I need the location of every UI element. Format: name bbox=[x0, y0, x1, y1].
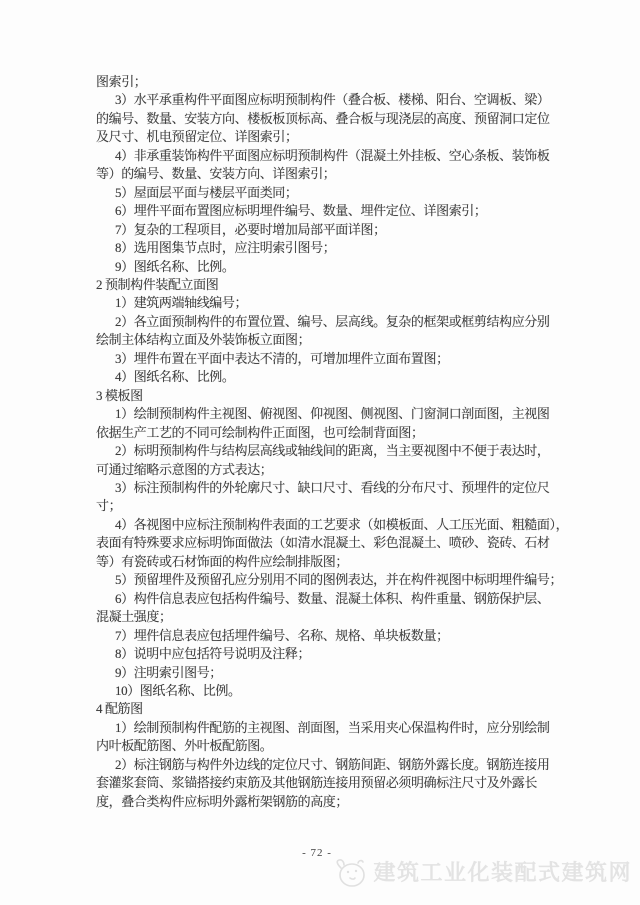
text-line: 2）各立面预制构件的布置位置、编号、层高线。复杂的框架或框剪结构应分别 bbox=[96, 313, 554, 331]
text-line: 4）非承重装饰构件平面图应标明预制构件（混凝土外挂板、空心条板、装饰板 bbox=[96, 147, 554, 165]
text-line: 7）复杂的工程项目，必要时增加局部平面详图； bbox=[96, 221, 554, 239]
text-line: 套灌浆套筒、浆锚搭接约束筋及其他钢筋连接用预留必须明确标注尺寸及外露长 bbox=[96, 774, 554, 792]
text-line: 3）埋件布置在平面中表达不清的，可增加埋件立面布置图； bbox=[96, 350, 554, 368]
text-line: 2 预制构件装配立面图 bbox=[96, 276, 554, 294]
document-page: 图索引；3）水平承重构件平面图应标明预制构件（叠合板、楼梯、阳台、空调板、梁）的… bbox=[0, 0, 640, 905]
text-line: 内叶板配筋图、外叶板配筋图。 bbox=[96, 737, 554, 755]
text-line: 图索引； bbox=[96, 73, 554, 91]
text-line: 绘制主体结构立面及外装饰板立面图； bbox=[96, 331, 554, 349]
text-line: 9）图纸名称、比例。 bbox=[96, 258, 554, 276]
text-line: 混凝土强度； bbox=[96, 608, 554, 626]
text-line: 表面有特殊要求应标明饰面做法（如清水混凝土、彩色混凝土、喷砂、瓷砖、石材 bbox=[96, 534, 554, 552]
watermark: 建筑工业化装配式建筑网 bbox=[332, 856, 632, 890]
text-line: 1）绘制预制构件主视图、俯视图、仰视图、侧视图、门窗洞口剖面图，主视图 bbox=[96, 405, 554, 423]
text-line: 8）说明中应包括符号说明及注释； bbox=[96, 645, 554, 663]
text-line: 4）各视图中应标注预制构件表面的工艺要求（如模板面、人工压光面、粗糙面）， bbox=[96, 516, 554, 534]
text-line: 2）标注钢筋与构件外边线的定位尺寸、钢筋间距、钢筋外露长度。钢筋连接用 bbox=[96, 756, 554, 774]
text-line: 3 模板图 bbox=[96, 387, 554, 405]
text-line: 5）预留埋件及预留孔应分别用不同的图例表达，并在构件视图中标明埋件编号； bbox=[96, 571, 554, 589]
watermark-text: 建筑工业化装配式建筑网 bbox=[373, 856, 632, 890]
text-line: 6）埋件平面布置图应标明埋件编号、数量、埋件定位、详图索引； bbox=[96, 202, 554, 220]
document-body: 图索引；3）水平承重构件平面图应标明预制构件（叠合板、楼梯、阳台、空调板、梁）的… bbox=[96, 73, 554, 811]
text-line: 4）图纸名称、比例。 bbox=[96, 368, 554, 386]
text-line: 3）水平承重构件平面图应标明预制构件（叠合板、楼梯、阳台、空调板、梁） bbox=[96, 91, 554, 109]
panda-logo-icon bbox=[332, 856, 368, 890]
text-line: 7）埋件信息表应包括埋件编号、名称、规格、单块板数量； bbox=[96, 627, 554, 645]
text-line: 及尺寸、机电预留定位、详图索引； bbox=[96, 128, 554, 146]
text-line: 6）构件信息表应包括构件编号、数量、混凝土体积、构件重量、钢筋保护层、 bbox=[96, 590, 554, 608]
text-line: 寸； bbox=[96, 497, 554, 515]
text-line: 3）标注预制构件的外轮廓尺寸、缺口尺寸、看线的分布尺寸、预埋件的定位尺 bbox=[96, 479, 554, 497]
text-line: 1）绘制预制构件配筋的主视图、剖面图，当采用夹心保温构件时，应分别绘制 bbox=[96, 719, 554, 737]
text-line: 2）标明预制构件与结构层高线或轴线间的距离，当主要视图中不便于表达时， bbox=[96, 442, 554, 460]
text-line: 4 配筋图 bbox=[96, 700, 554, 718]
text-line: 8）选用图集节点时，应注明索引图号； bbox=[96, 239, 554, 257]
text-line: 度，叠合类构件应标明外露桁架钢筋的高度； bbox=[96, 793, 554, 811]
text-line: 1）建筑两端轴线编号； bbox=[96, 294, 554, 312]
text-line: 5）屋面层平面与楼层平面类同； bbox=[96, 184, 554, 202]
text-line: 的编号、数量、安装方向、楼板板顶标高、叠合板与现浇层的高度、预留洞口定位 bbox=[96, 110, 554, 128]
text-line: 10）图纸名称、比例。 bbox=[96, 682, 554, 700]
text-line: 等）有瓷砖或石材饰面的构件应绘制排版图； bbox=[96, 553, 554, 571]
text-line: 可通过缩略示意图的方式表达； bbox=[96, 461, 554, 479]
text-line: 依据生产工艺的不同可绘制构件正面图，也可绘制背面图； bbox=[96, 424, 554, 442]
text-line: 等）的编号、数量、安装方向、详图索引； bbox=[96, 165, 554, 183]
text-line: 9）注明索引图号； bbox=[96, 664, 554, 682]
